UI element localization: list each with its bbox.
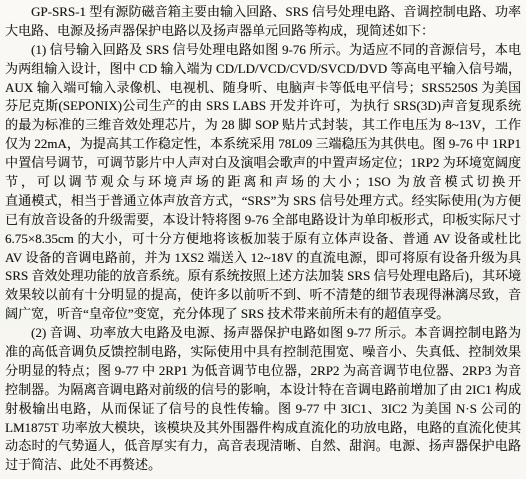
- document-page: GP-SRS-1 型有源防磁音箱主要由输入回路、SRS 信号处理电路、音调控制电…: [0, 0, 526, 479]
- text-line: GP-SRS-1 型有源防磁音箱主要由输入回路、SRS 信号处理电路、音调控制电…: [5, 3, 521, 22]
- text-line: LM1875T 功率放大模块，该模块及其外围器件构成直流化的功放电路，电路的直流…: [5, 419, 521, 438]
- text-line: 中置信号调节，可调节影片中人声对白及演唱会歌声的中置声场定位；1RP2 为环境宽…: [5, 154, 521, 173]
- text-line: 节，可以调节观众与环境声场的距离和声场的大小；1SO 为放音模式切换开关：“PY…: [5, 173, 521, 192]
- text-line: 已有放音设备的升级需要，本设计特将图 9-76 全部电路设计为单印板形式，印板实…: [5, 211, 521, 230]
- text-line: 仅为 22mA，为提高其工作稳定性，本系统采用 78L09 三端稳压为其供电。图…: [5, 135, 521, 154]
- text-line: SRS 音效处理功能的放音系统。原有系统按照上述方法加装 SRS 信号处理电路后…: [5, 267, 521, 286]
- text-line: 6.75×8.35cm 的大小，可十分方便地将该板加装于原有立体声设备、普通 A…: [5, 230, 521, 249]
- text-line: AV 设备的音调电路前，并为 1XS2 端送入 12~18V 的直流电源，即可将…: [5, 249, 521, 268]
- text-line: 芬尼克斯(SEPONIX)公司生产的由 SRS LABS 开发并许可，为执行 S…: [5, 97, 521, 116]
- text-line: 大电路、电源及扬声器保护电路以及扬声器单元回路等构成，现简述如下：: [5, 22, 521, 41]
- text-line: 效果较以前有十分明显的提高，使许多以前听不到、听不清楚的细节表现得淋漓尽致，音场…: [5, 286, 521, 305]
- text-line: 准的高低音调负反馈控制电路，实际使用中具有控制范围宽、噪音小、失真低、控制效果十: [5, 343, 521, 362]
- text-line: 分明显的特点；图 9-77 中 2RP1 为低音调节电位器，2RP2 为高音调节…: [5, 362, 521, 381]
- text-line: 动态时的气势逼人，低音厚实有力，高音表现清晰、自然、甜润。电源、扬声器保护电路因: [5, 437, 521, 456]
- text-line: 过于简洁、此处不再赘述。: [5, 456, 521, 475]
- text-line: 射极输出电路，从而保证了信号的良性传输。图 9-77 中 3IC1、3IC2 为…: [5, 400, 521, 419]
- text-line: 直通模式，相当于普通立体声放音方式，“SRS”为 SRS 信号处理方式。经实际使…: [5, 192, 521, 211]
- text-line: AUX 输入端可输入录像机、电视机、随身听、电脑声卡等低电平信号；SRS5250…: [5, 79, 521, 98]
- text-line: 阔广宽，听音“皇帝位”变宽，充分体现了 SRS 技术带来前所未有的超值享受。: [5, 305, 521, 324]
- text-line: 控制器。为隔离音调电路对前级的信号的影响，本设计特在音调电路前增加了由 2IC1…: [5, 381, 521, 400]
- body-text: GP-SRS-1 型有源防磁音箱主要由输入回路、SRS 信号处理电路、音调控制电…: [5, 3, 521, 475]
- text-line: 的最为标准的三维音效处理芯片，为 28 脚 SOP 贴片式封装，其工作电压为 8…: [5, 116, 521, 135]
- text-line: 为两组输入设计，图中 CD 输入端为 CD/LD/VCD/CVD/SVCD/DV…: [5, 60, 521, 79]
- text-line: (2) 音调、功率放大电路及电源、扬声器保护电路如图 9-77 所示。本音调控制…: [5, 324, 521, 343]
- text-line: (1) 信号输入回路及 SRS 信号处理电路如图 9-76 所示。为适应不同的音…: [5, 41, 521, 60]
